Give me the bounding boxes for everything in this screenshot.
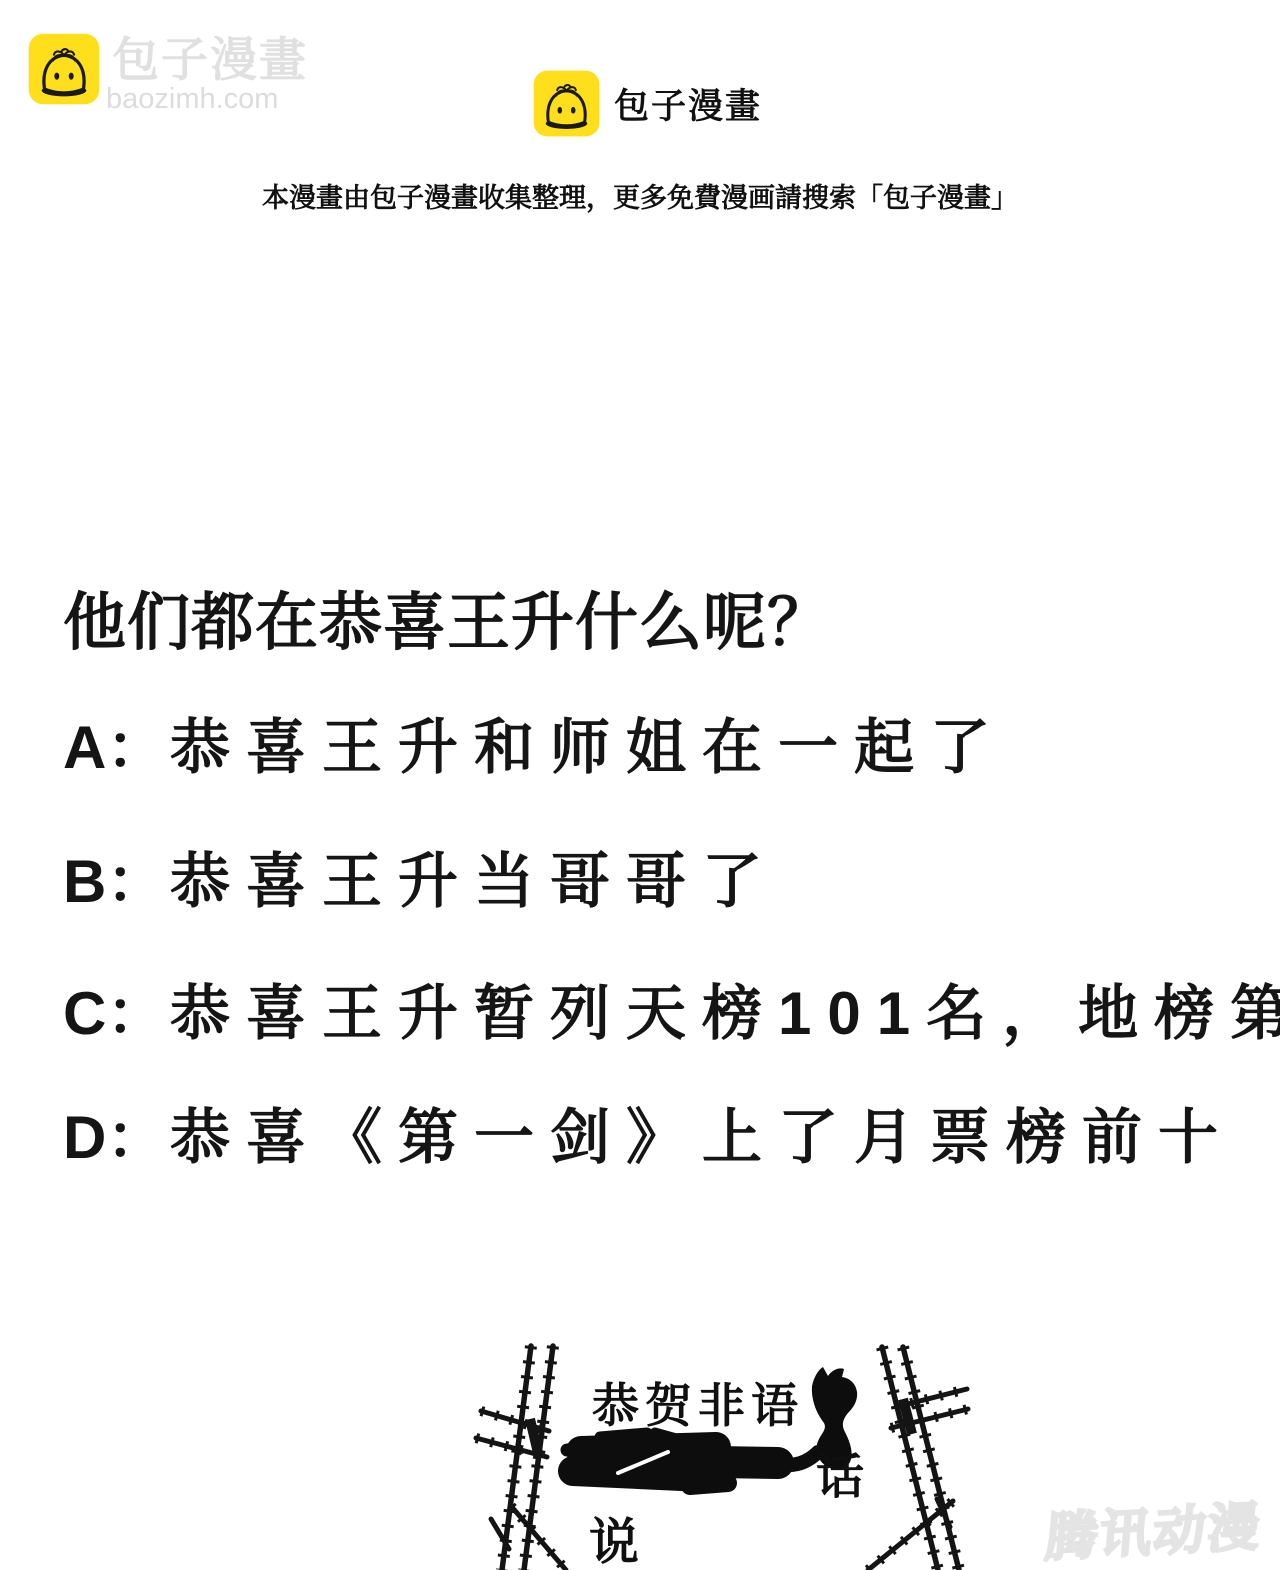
option-d-text: 恭喜《第一剑》上了月票榜前十: [170, 1104, 1234, 1171]
option-d-label: D：: [63, 1090, 170, 1176]
corner-site-domain: baozimh.com: [106, 85, 308, 114]
option-a-text: 恭喜王升和师姐在一起了: [170, 714, 1006, 781]
baozi-bun-icon: [533, 70, 600, 137]
censor-scribble: [567, 1433, 818, 1486]
site-logo-name: 包子漫畫: [614, 79, 762, 129]
corner-watermark-text: 包子漫畫 baozimh.com: [112, 33, 308, 114]
manga-filler-page: 包子漫畫 baozimh.com 包子漫畫 本漫畫由包子漫畫收集整理，更多免費漫…: [0, 0, 1280, 1570]
scaffold-left: [476, 1346, 566, 1570]
quiz-option-d: D：恭喜《第一剑》上了月票榜前十: [63, 1090, 1234, 1176]
option-b-label: B：: [63, 834, 170, 920]
option-c-label: C：: [63, 966, 170, 1052]
speech-text-line2: 话: [816, 1438, 864, 1507]
speech-text-line1: 恭贺非语: [592, 1369, 804, 1436]
quiz-option-c: C：恭喜王升暂列天榜101名，地榜第1: [63, 966, 1280, 1052]
option-b-text: 恭喜王升当哥哥了: [170, 848, 778, 915]
scaffold-right: [868, 1347, 968, 1570]
quiz-question: 他们都在恭喜王升什么呢？: [63, 572, 831, 663]
baozi-bun-icon: [28, 33, 100, 105]
publisher-watermark: 腾讯动漫: [1043, 1484, 1265, 1570]
collection-notice: 本漫畫由包子漫畫收集整理，更多免費漫画請搜索「包子漫畫」: [262, 176, 1018, 215]
corner-site-name: 包子漫畫: [112, 36, 308, 83]
site-corner-watermark: 包子漫畫 baozimh.com: [28, 33, 308, 114]
quiz-option-a: A：恭喜王升和师姐在一起了: [63, 700, 1006, 786]
option-a-label: A：: [63, 700, 170, 786]
quiz-option-b: B：恭喜王升当哥哥了: [63, 834, 778, 920]
speech-text-line3: 说: [589, 1502, 639, 1570]
option-c-text: 恭喜王升暂列天榜101名，地榜第1: [170, 980, 1280, 1047]
site-logo: 包子漫畫: [533, 70, 762, 137]
